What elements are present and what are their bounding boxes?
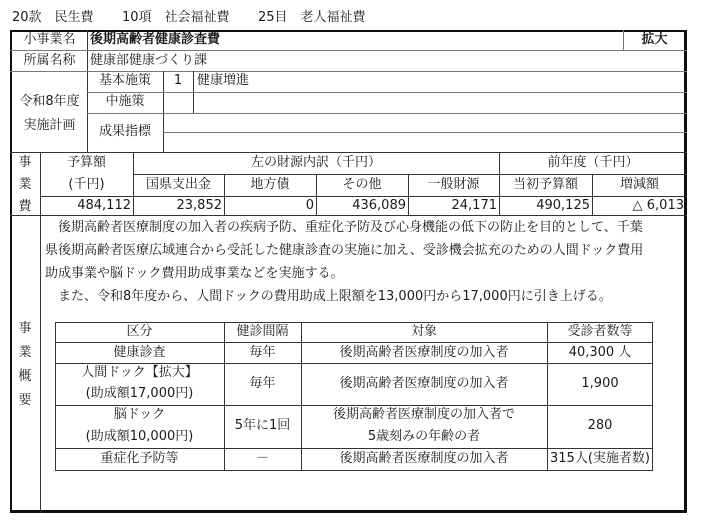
- budget-section-label-2: 業: [10, 174, 40, 196]
- col-change: 増減額: [592, 175, 687, 195]
- budget-label: 予算額: [40, 153, 133, 173]
- plan-label-year: 令和8年度: [12, 92, 87, 112]
- basic-policy-number: 1: [163, 71, 193, 91]
- table-header-interval: 健診間隔: [224, 322, 301, 342]
- basic-policy-value: 健康増進: [197, 71, 249, 91]
- col-prev-initial: 当初予算額: [499, 175, 592, 195]
- row4-interval: －: [224, 449, 301, 469]
- project-name: 後期高齢者健康診査費: [90, 30, 220, 50]
- col-general: 一般財源: [408, 175, 499, 195]
- indicator-label: 成果指標: [87, 122, 163, 142]
- col-national-pref: 国県支出金: [133, 175, 224, 195]
- value-national-pref: 23,852: [133, 196, 222, 216]
- row4-count: 315人(実施者数): [547, 449, 653, 469]
- value-general: 24,171: [408, 196, 497, 216]
- summary-line-2: 県後期高齢者医療広域連合から受託した健康診査の実施に加え、受診機会拡充のための人…: [45, 239, 681, 262]
- row1-interval: 毎年: [224, 343, 301, 363]
- breakdown-label: 左の財源内訳（千円）: [133, 153, 499, 173]
- row2-category-subsidy: (助成額17,000円): [55, 384, 224, 404]
- account-kou: 10項 社会福祉費: [122, 8, 230, 28]
- value-other: 436,089: [316, 196, 406, 216]
- mid-policy-label: 中施策: [87, 92, 163, 112]
- basic-policy-label: 基本施策: [87, 71, 163, 91]
- summary-section-label-1: 事: [10, 318, 40, 340]
- col-other: その他: [316, 175, 408, 195]
- row2-target: 後期高齢者医療制度の加入者: [301, 374, 547, 394]
- budget-section-label-1: 事: [10, 152, 40, 174]
- summary-line-3: 助成事業や脳ドック費用助成事業などを実施する。: [45, 262, 681, 285]
- row2-category: 人間ドック【拡大】: [55, 363, 224, 383]
- row3-target-detail: 5歳刻みの年齢の者: [301, 427, 547, 447]
- project-name-label: 小事業名: [12, 30, 87, 50]
- value-change: △ 6,013: [592, 196, 684, 216]
- row1-target: 後期高齢者医療制度の加入者: [301, 343, 547, 363]
- previous-year-label: 前年度（千円）: [499, 153, 687, 173]
- table-header-target: 対象: [301, 322, 547, 342]
- summary-section-label-4: 要: [10, 390, 40, 412]
- row3-interval: 5年に1回: [224, 416, 301, 436]
- row1-count: 40,300 人: [547, 343, 653, 363]
- table-header-category: 区分: [55, 322, 224, 342]
- value-budget: 484,112: [40, 196, 131, 216]
- row3-target: 後期高齢者医療制度の加入者で: [301, 405, 547, 425]
- expansion-badge: 拡大: [623, 30, 686, 50]
- summary-line-1: 後期高齢者医療制度の加入者の疾病予防、重症化予防及び心身機能の低下の防止を目的と…: [45, 216, 681, 239]
- row3-count: 280: [547, 416, 653, 436]
- summary-section-label-2: 業: [10, 342, 40, 364]
- row3-category-subsidy: (助成額10,000円): [55, 427, 224, 447]
- table-header-count: 受診者数等: [547, 322, 653, 342]
- row2-count: 1,900: [547, 374, 653, 394]
- dept-label: 所属名称: [12, 51, 87, 71]
- col-local-bond: 地方債: [224, 175, 316, 195]
- budget-unit-label: (千円): [40, 175, 133, 195]
- account-kan: 20款 民生費: [12, 8, 94, 28]
- row1-category: 健康診査: [55, 343, 224, 363]
- summary-line-4: また、令和8年度から、人間ドックの費用助成上限額を13,000円から17,000…: [45, 285, 681, 308]
- value-local-bond: 0: [224, 196, 314, 216]
- row3-category: 脳ドック: [55, 405, 224, 425]
- summary-section-label-3: 概: [10, 366, 40, 388]
- row2-interval: 毎年: [224, 374, 301, 394]
- plan-label-title: 実施計画: [12, 116, 87, 136]
- row4-category: 重症化予防等: [55, 449, 224, 469]
- row4-target: 後期高齢者医療制度の加入者: [301, 449, 547, 469]
- value-prev-initial: 490,125: [499, 196, 590, 216]
- dept-name: 健康部健康づくり課: [90, 51, 207, 71]
- account-moku: 25目 老人福祉費: [258, 8, 366, 28]
